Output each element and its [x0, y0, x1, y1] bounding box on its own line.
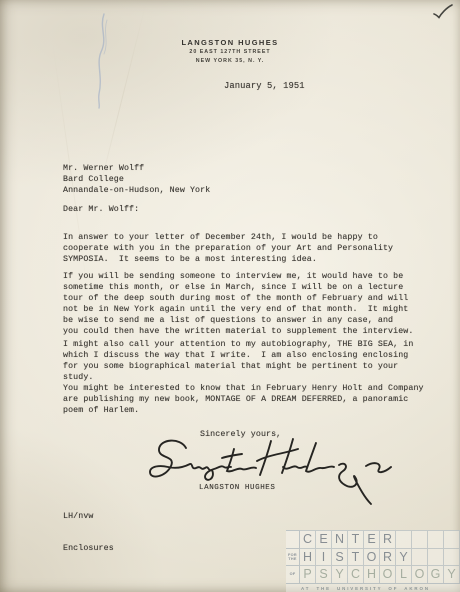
- watermark-letter-cell: H: [364, 565, 380, 583]
- watermark-letter-cell: C: [300, 530, 316, 548]
- watermark-letter-cell: H: [300, 548, 316, 566]
- watermark-letter-cell: E: [316, 530, 332, 548]
- watermark-prefix-cell: OF: [286, 565, 300, 583]
- watermark-letter-cell: I: [316, 548, 332, 566]
- watermark-letter-cell: C: [348, 565, 364, 583]
- watermark-empty-cell: [412, 530, 428, 548]
- paragraph-4: You might be interested to know that in …: [63, 383, 424, 416]
- reference-initials: LH/nvw: [63, 511, 93, 522]
- watermark-letter-cell: R: [380, 548, 396, 566]
- watermark-letter-cell: Y: [332, 565, 348, 583]
- watermark-prefix-cell: FOR THE: [286, 548, 300, 566]
- watermark-letter-cell: R: [380, 530, 396, 548]
- watermark-grid: CENTERFOR THEHISTORYOFPSYCHOLOGY: [286, 530, 460, 583]
- letterhead-street: 20 EAST 127TH STREET: [0, 49, 460, 55]
- watermark-letter-cell: O: [364, 548, 380, 566]
- enclosures-note: Enclosures: [63, 543, 114, 554]
- watermark-letter-cell: S: [316, 565, 332, 583]
- paragraph-3: I might also call your attention to my a…: [63, 339, 413, 383]
- watermark-letter-cell: E: [364, 530, 380, 548]
- closing-line: Sincerely yours,: [200, 429, 281, 440]
- watermark-row: CENTER: [286, 530, 460, 548]
- salutation: Dear Mr. Wolff:: [63, 204, 139, 215]
- watermark-empty-cell: [428, 530, 444, 548]
- paragraph-1: In answer to your letter of December 24t…: [63, 232, 393, 265]
- watermark-empty-cell: [444, 530, 460, 548]
- watermark-letter-cell: O: [380, 565, 396, 583]
- watermark-letter-cell: P: [300, 565, 316, 583]
- watermark-empty-cell: [428, 548, 444, 566]
- watermark-letter-cell: N: [332, 530, 348, 548]
- watermark-letter-cell: Y: [396, 548, 412, 566]
- watermark-letter-cell: S: [332, 548, 348, 566]
- watermark-row: OFPSYCHOLOGY: [286, 565, 460, 583]
- letter-date: January 5, 1951: [224, 81, 305, 92]
- watermark-letter-cell: G: [428, 565, 444, 583]
- watermark-prefix-cell: [286, 530, 300, 548]
- archive-watermark: CENTERFOR THEHISTORYOFPSYCHOLOGY AT THE …: [286, 530, 460, 592]
- watermark-letter-cell: O: [412, 565, 428, 583]
- watermark-caption: AT THE UNIVERSITY OF AKRON: [286, 583, 460, 591]
- letterhead-name: LANGSTON HUGHES: [0, 38, 460, 47]
- watermark-empty-cell: [396, 530, 412, 548]
- watermark-row: FOR THEHISTORY: [286, 548, 460, 566]
- paragraph-2: If you will be sending someone to interv…: [63, 271, 413, 337]
- watermark-empty-cell: [444, 548, 460, 566]
- watermark-letter-cell: Y: [444, 565, 460, 583]
- watermark-letter-cell: T: [348, 548, 364, 566]
- watermark-letter-cell: T: [348, 530, 364, 548]
- letterhead-city: NEW YORK 35, N. Y.: [0, 58, 460, 64]
- watermark-letter-cell: L: [396, 565, 412, 583]
- recipient-address: Mr. Werner Wolff Bard College Annandale-…: [63, 163, 210, 196]
- watermark-empty-cell: [412, 548, 428, 566]
- typed-signature-name: LANGSTON HUGHES: [199, 483, 276, 494]
